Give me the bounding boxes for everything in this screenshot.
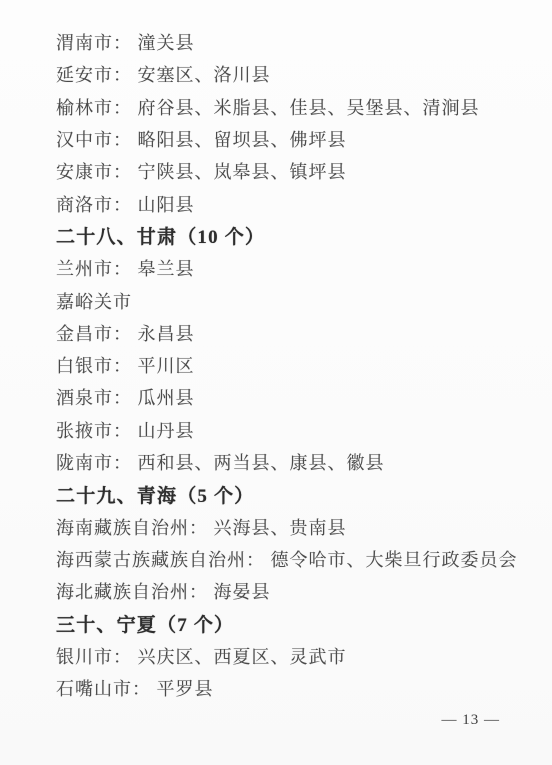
- document-line: 商洛市： 山阳县: [56, 187, 500, 219]
- document-line: 榆林市： 府谷县、米脂县、佳县、吴堡县、清涧县: [56, 91, 500, 123]
- page-number: — 13 —: [442, 712, 501, 729]
- document-line: 安康市： 宁陕县、岚皋县、镇坪县: [56, 155, 500, 187]
- document-line: 陇南市： 西和县、两当县、康县、徽县: [56, 446, 500, 478]
- document-line: 延安市： 安塞区、洛川县: [56, 58, 500, 90]
- document-line: 酒泉市： 瓜州县: [56, 381, 500, 413]
- document-line: 海北藏族自治州： 海晏县: [56, 575, 500, 607]
- document-line: 石嘴山市： 平罗县: [56, 672, 500, 704]
- section-heading: 三十、宁夏（7 个）: [56, 607, 500, 639]
- document-page: 渭南市： 潼关县 延安市： 安塞区、洛川县 榆林市： 府谷县、米脂县、佳县、吴堡…: [0, 0, 552, 765]
- document-line: 海西蒙古族藏族自治州： 德令哈市、大柴旦行政委员会: [56, 543, 500, 575]
- document-line: 海南藏族自治州： 兴海县、贵南县: [56, 510, 500, 542]
- document-line: 兰州市： 皋兰县: [56, 252, 500, 284]
- document-line: 嘉峪关市: [56, 284, 500, 316]
- document-line: 银川市： 兴庆区、西夏区、灵武市: [56, 640, 500, 672]
- document-line: 白银市： 平川区: [56, 349, 500, 381]
- document-line: 金昌市： 永昌县: [56, 317, 500, 349]
- section-heading: 二十八、甘肃（10 个）: [56, 220, 500, 252]
- section-heading: 二十九、青海（5 个）: [56, 478, 500, 510]
- document-line: 渭南市： 潼关县: [56, 26, 500, 58]
- document-line: 汉中市： 略阳县、留坝县、佛坪县: [56, 123, 500, 155]
- document-line: 张掖市： 山丹县: [56, 414, 500, 446]
